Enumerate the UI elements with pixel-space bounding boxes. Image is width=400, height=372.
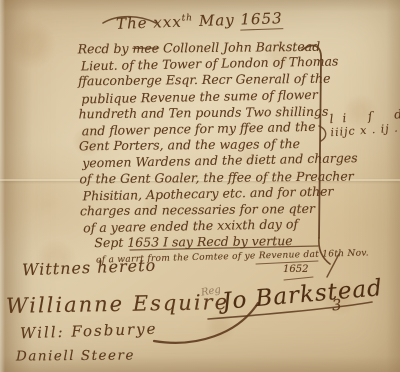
- body-line-1-pre: Recd by: [78, 41, 133, 57]
- body-text: Recd by mee Collonell John Barkstead Lie…: [78, 38, 333, 252]
- barkstead-signature: Jo Barkstead: [221, 275, 384, 315]
- witness-signature-1: Willianne Esquire: [6, 290, 229, 318]
- signature-flourish-mark: 3: [331, 296, 342, 315]
- manuscript-page: The xxxth May 1653 Recd by mee Collonell…: [0, 0, 400, 372]
- witness-label: Wittnes hereto: [22, 256, 157, 280]
- body-line-1-post: Collonell John Barkstead: [159, 39, 320, 56]
- warrant-year: 1652: [283, 264, 308, 275]
- underline-warrant-year: [284, 277, 313, 280]
- heading-the: The: [116, 14, 148, 33]
- heading-date: The xxxth May 1653: [116, 9, 283, 33]
- margin-sum: li ſ d iiijc x . ij . iiij: [329, 107, 400, 139]
- heading-ordinal: th: [181, 13, 193, 23]
- heading-month: May: [199, 11, 235, 30]
- witness-signature-2: Will: Fosburye: [20, 320, 158, 343]
- body-line-1-struck-word: mee: [132, 40, 159, 55]
- witness-signature-3: Daniell Steere: [16, 347, 135, 364]
- heading-year: 1653: [240, 9, 283, 30]
- heading-day-numeral: xxx: [153, 13, 182, 32]
- body-line-13: Sept 1653 I say Recd by vertue: [94, 233, 332, 252]
